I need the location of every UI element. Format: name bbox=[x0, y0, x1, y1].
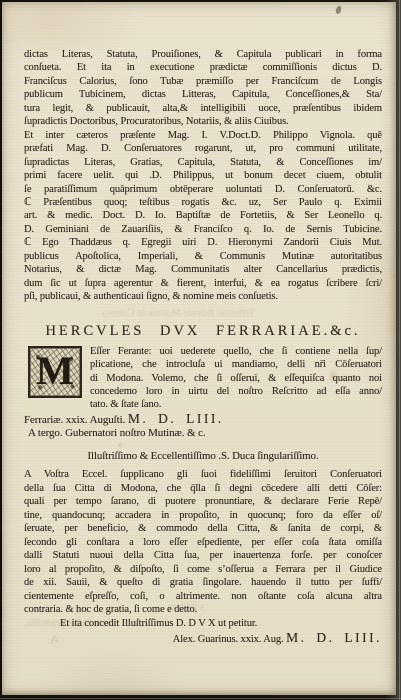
text-line: tura legit, & publicauit, alta,& intelli… bbox=[24, 102, 382, 115]
signature-name: Alex. Guarinus. xxix. Aug. bbox=[173, 634, 284, 645]
text-line: della ſua Citta di Modona, che q̄lla ſi … bbox=[24, 482, 382, 495]
text-line: ſe paratiſſimum quāprimum obtēperare uol… bbox=[24, 183, 382, 196]
text-line: art. & medic. Doct. D. Io. Baptiſtæ de F… bbox=[24, 209, 382, 222]
text-line: primi facere uelit. qui .D. Philippus, u… bbox=[24, 169, 382, 182]
text-line: D. Geminiani de Zauariſiis, & Franciſco … bbox=[24, 223, 382, 236]
text-line: Franciſcus Calorius, ſono Tubæ præmiſſo … bbox=[24, 75, 382, 88]
dateline-year: M. D. LIII. bbox=[128, 411, 224, 426]
text-block: dictas Literas, Statuta, Prouiſiones, & … bbox=[24, 48, 382, 646]
text-line: dum ſic ut ſupra agerentur & fierent, in… bbox=[24, 277, 382, 290]
text-line: tine, quandocunq; accadera in propoſito,… bbox=[24, 509, 382, 522]
signature-line: Alex. Guarinus. xxix. Aug. M. D. LIII. bbox=[24, 631, 382, 646]
ducal-letter-body: M Eſſer Ferante: uoi uederete quello, ch… bbox=[24, 345, 382, 412]
text-line: A Voſtra Eccel. ſupplicano gli ſuoi fide… bbox=[24, 468, 382, 481]
text-line: quali per tempo ſarano, di puotere pronu… bbox=[24, 495, 382, 508]
dropcap-initial: M bbox=[28, 346, 82, 398]
page-edge-right bbox=[399, 0, 400, 700]
text-line: ſupradictas Literas, Gratias, Capitula, … bbox=[24, 156, 382, 169]
scan-background: Tribunali ſedente Mutinæ in Cameras ibid… bbox=[0, 0, 401, 700]
dateline-place: Ferrariæ. xxix. Auguſti. bbox=[24, 414, 125, 426]
text-line: ℂ Ego Thaddæus q. Egregii uiri D. Hieron… bbox=[24, 236, 382, 249]
a-tergo-line: A tergo. Gubernatori noſtro Mutinæ. & c. bbox=[24, 427, 382, 441]
text-line: ℂ Præſentibus quoq; teſtibus rogatis &c.… bbox=[24, 196, 382, 209]
text-line: contraria. & hoc de gratia, ſi come e de… bbox=[24, 603, 382, 616]
page-edge-bottom bbox=[0, 698, 401, 699]
signature-year: M. D. LIII. bbox=[286, 630, 382, 645]
ink-speck bbox=[335, 6, 342, 15]
text-line: ſeruate, per beneficio, & commodo della … bbox=[24, 522, 382, 535]
ducal-dateline: Ferrariæ. xxix. Auguſti. M. D. LIII. bbox=[24, 412, 382, 427]
text-line: ſecondo gli conſtara a loro eſſer eſpedi… bbox=[24, 536, 382, 549]
text-line: dictas Literas, Statuta, Prouiſiones, & … bbox=[24, 48, 382, 61]
supplication-heading: Illuſtriſſimo & Eccellentiſſimo .S. Duca… bbox=[24, 450, 382, 463]
text-line: dalli Statuti nuoui della Citta ſua, per… bbox=[24, 549, 382, 562]
book-page: Tribunali ſedente Mutinæ in Cameras ibid… bbox=[2, 2, 396, 695]
supplication-paragraph: A Voſtra Eccel. ſupplicano gli ſuoi fide… bbox=[24, 468, 382, 616]
text-line: conſueta. Et ita in executione prædictæ … bbox=[24, 61, 382, 74]
text-line: de xii. Sauii, & queſto di gratia ſingol… bbox=[24, 576, 382, 589]
text-line: cientemente eſpreſſo, coſi, o altrimente… bbox=[24, 590, 382, 603]
text-line: loro al propoſito, & diſpoſto, ſi come s… bbox=[24, 563, 382, 576]
grant-line: Et ita concedit Illuſtriſſimus D. D V X … bbox=[60, 617, 382, 630]
ducal-closing-line: tato. & ſtate ſano. bbox=[24, 398, 382, 411]
text-line: Et inter cæteros præſente Mag. I. V.Doct… bbox=[24, 129, 382, 142]
text-line: publicus Apoſtolica, Imperiali, & Commun… bbox=[24, 250, 382, 263]
text-line: pſi, publicaui, & authenticaui ſigno, & … bbox=[24, 290, 382, 303]
text-line: ſupradictis Doctoribus, Procuratoribus, … bbox=[24, 115, 382, 128]
ducal-heading: HERCVLES DVX FERRARIAE.&c. bbox=[24, 323, 382, 339]
text-line: præfati Mag. D. Conſeruatores rogarunt, … bbox=[24, 142, 382, 155]
text-line: Notarius, & dictæ Mag. Communitatis alte… bbox=[24, 263, 382, 276]
notarial-paragraph: dictas Literas, Statuta, Prouiſiones, & … bbox=[24, 48, 382, 304]
text-line: publicum Tubicinem, dictas Litteras, Cap… bbox=[24, 88, 382, 101]
